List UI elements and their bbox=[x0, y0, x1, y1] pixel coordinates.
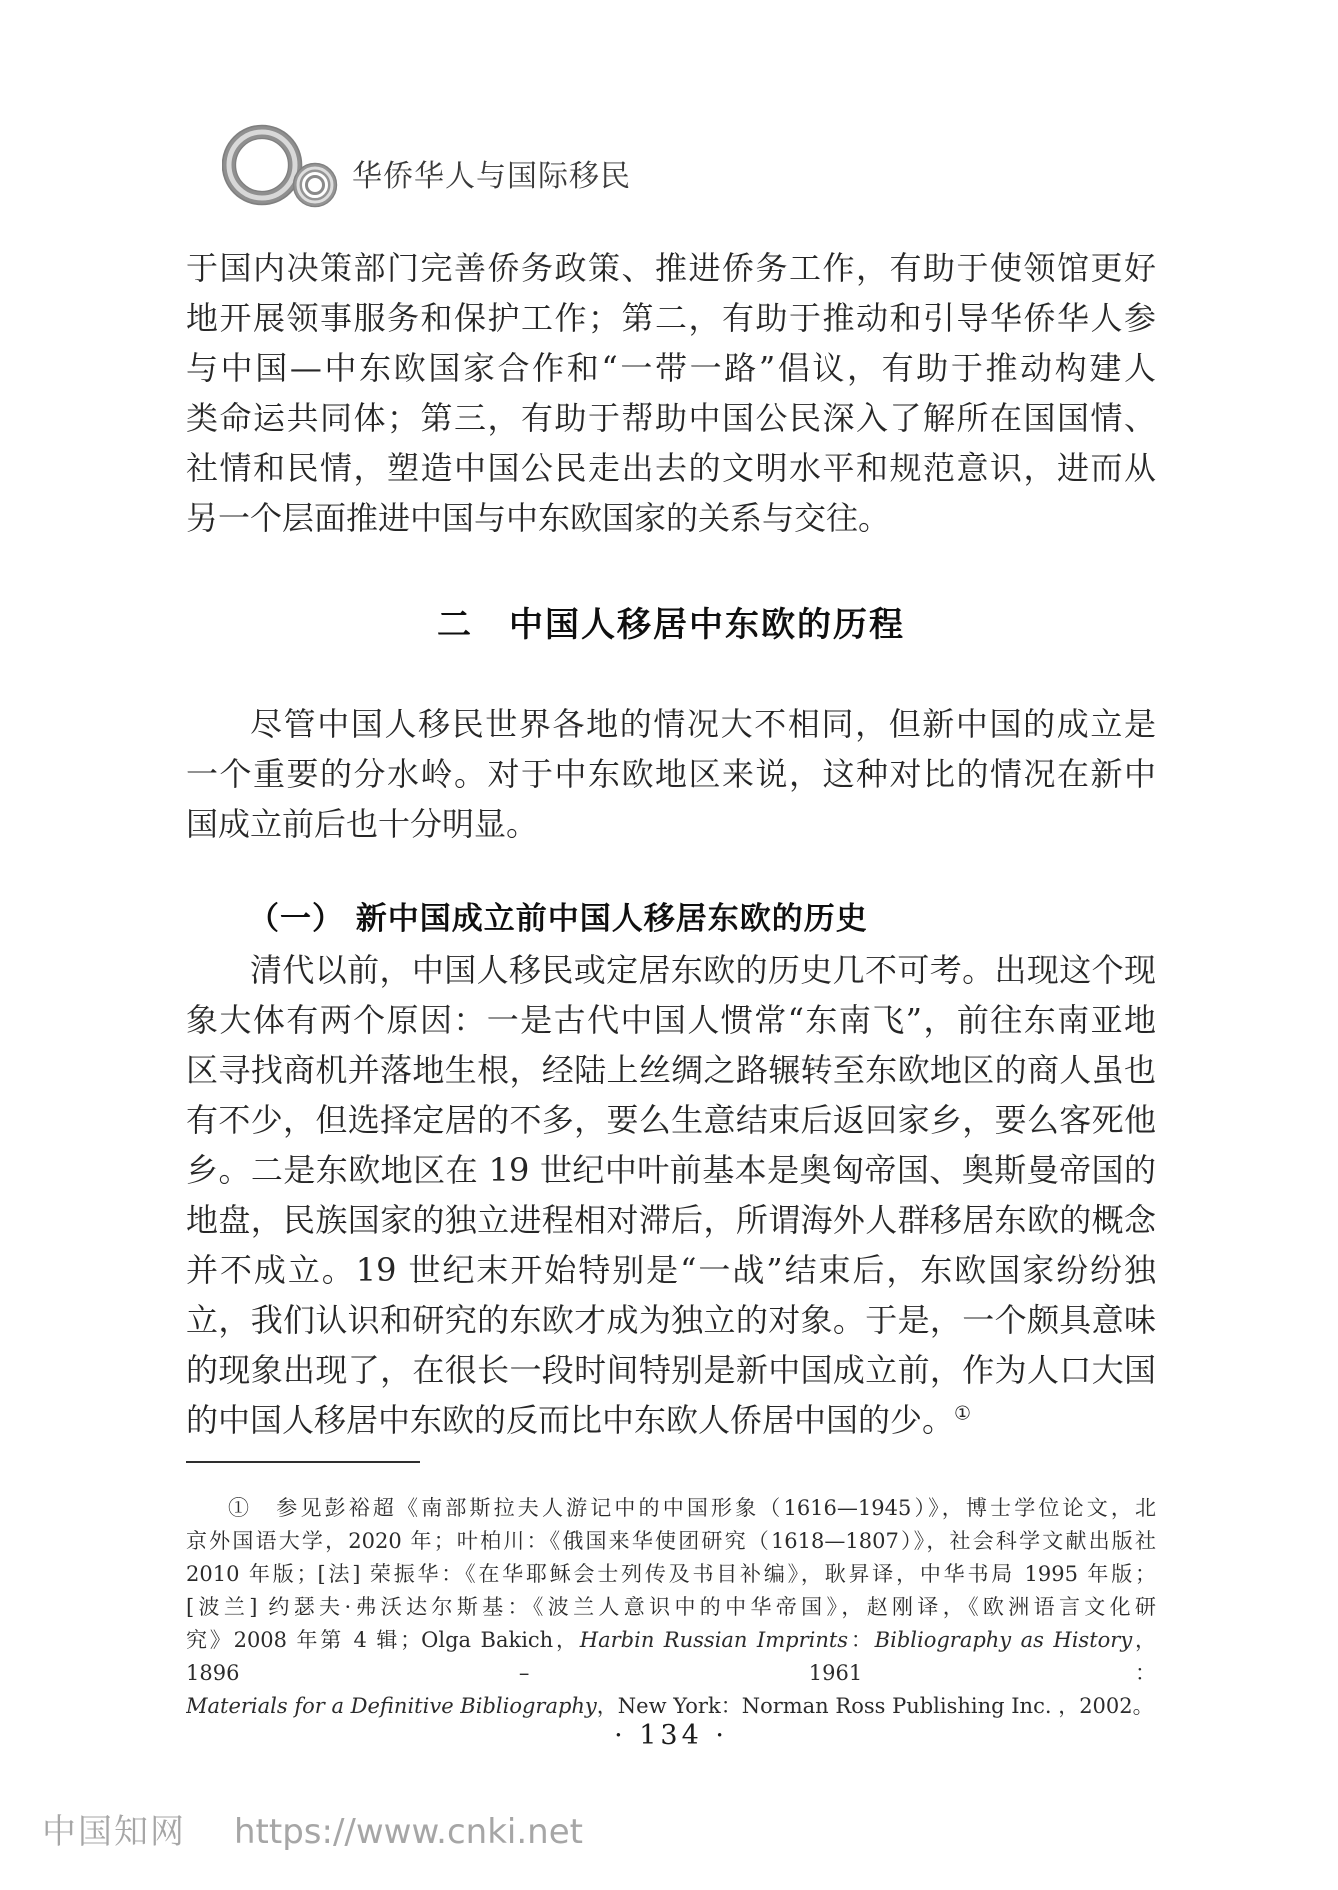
cnki-site-url: https://www.cnki.net bbox=[234, 1812, 583, 1852]
text-segment: 另一个层面推进中国与中东欧国家的关系与交往。 bbox=[186, 499, 890, 537]
text-line: 并不成立。19 世纪末开始特别是“一战”结束后，东欧国家纷纷独 bbox=[186, 1245, 1156, 1295]
text-segment: 于国内决策部门完善侨务政策、推进侨务工作，有助于使领馆更好 bbox=[186, 249, 1156, 287]
text-line: 国成立前后也十分明显。 bbox=[186, 799, 1156, 849]
text-line: 象大体有两个原因：一是古代中国人惯常“东南飞”，前往东南亚地 bbox=[186, 995, 1156, 1045]
text-segment: 并不成立。19 世纪末开始特别是“一战”结束后，东欧国家纷纷独 bbox=[186, 1251, 1156, 1289]
text-segment: 的中国人移居中东欧的反而比中东欧人侨居中国的少。 bbox=[186, 1401, 954, 1439]
text-line: 立，我们认识和研究的东欧才成为独立的对象。于是，一个颇具意味 bbox=[186, 1295, 1156, 1345]
text-segment: 尽管中国人移民世界各地的情况大不相同，但新中国的成立是 bbox=[250, 705, 1156, 743]
page-number: · 134 · bbox=[186, 1720, 1156, 1751]
footnote-separator-rule bbox=[186, 1461, 420, 1463]
text-segment: 类命运共同体；第三，有助于帮助中国公民深入了解所在国国情、 bbox=[186, 399, 1156, 437]
paragraph-continuation: 于国内决策部门完善侨务政策、推进侨务工作，有助于使领馆更好地开展领事服务和保护工… bbox=[186, 243, 1156, 543]
italic-text-segment: Harbin Russian Imprints bbox=[580, 1628, 848, 1652]
subsection-heading: （一） 新中国成立前中国人移居东欧的历史 bbox=[186, 893, 1156, 938]
text-line: 究》2008 年第 4 辑；Olga Bakich，Harbin Russian… bbox=[186, 1624, 1156, 1690]
text-line: 一个重要的分水岭。对于中东欧地区来说，这种对比的情况在新中 bbox=[186, 749, 1156, 799]
text-line: ① 参见彭裕超《南部斯拉夫人游记中的中国形象（1616—1945）》，博士学位论… bbox=[186, 1492, 1156, 1525]
text-line: 地开展领事服务和保护工作；第二，有助于推动和引导华侨华人参 bbox=[186, 293, 1156, 343]
text-segment: 京外国语大学，2020 年；叶柏川：《俄国来华使团研究（1618—1807）》，… bbox=[186, 1529, 1156, 1553]
text-segment: 与中国—中东欧国家合作和“一带一路”倡议，有助于推动构建人 bbox=[186, 349, 1156, 387]
text-segment: 一个重要的分水岭。对于中东欧地区来说，这种对比的情况在新中 bbox=[186, 755, 1156, 793]
italic-text-segment: Materials for a Definitive Bibliography bbox=[186, 1694, 597, 1718]
paragraph-history: 清代以前，中国人移民或定居东欧的历史几不可考。出现这个现象大体有两个原因：一是古… bbox=[186, 945, 1156, 1445]
text-line: Materials for a Definitive Bibliography，… bbox=[186, 1690, 1156, 1723]
text-column: 于国内决策部门完善侨务政策、推进侨务工作，有助于使领馆更好地开展领事服务和保护工… bbox=[186, 0, 1156, 1890]
text-segment: 立，我们认识和研究的东欧才成为独立的对象。于是，一个颇具意味 bbox=[186, 1301, 1156, 1339]
text-segment: 清代以前，中国人移民或定居东欧的历史几不可考。出现这个现 bbox=[250, 951, 1156, 989]
text-line: 乡。二是东欧地区在 19 世纪中叶前基本是奥匈帝国、奥斯曼帝国的 bbox=[186, 1145, 1156, 1195]
text-segment: ，New York：Norman Ross Publishing Inc. ，2… bbox=[597, 1694, 1154, 1718]
text-line: 类命运共同体；第三，有助于帮助中国公民深入了解所在国国情、 bbox=[186, 393, 1156, 443]
text-line: 有不少，但选择定居的不多，要么生意结束后返回家乡，要么客死他 bbox=[186, 1095, 1156, 1145]
text-segment: 的现象出现了，在很长一段时间特别是新中国成立前，作为人口大国 bbox=[186, 1351, 1156, 1389]
text-line: 于国内决策部门完善侨务政策、推进侨务工作，有助于使领馆更好 bbox=[186, 243, 1156, 293]
document-page: 华侨华人与国际移民 于国内决策部门完善侨务政策、推进侨务工作，有助于使领馆更好地… bbox=[0, 0, 1338, 1890]
cnki-watermark: 中国知网 https://www.cnki.net bbox=[42, 1804, 583, 1853]
text-segment: 地盘，民族国家的独立进程相对滞后，所谓海外人群移居东欧的概念 bbox=[186, 1201, 1156, 1239]
text-segment: 区寻找商机并落地生根，经陆上丝绸之路辗转至东欧地区的商人虽也 bbox=[186, 1051, 1156, 1089]
text-segment: 有不少，但选择定居的不多，要么生意结束后返回家乡，要么客死他 bbox=[186, 1101, 1156, 1139]
section-heading: 二 中国人移居中东欧的历程 bbox=[186, 597, 1156, 646]
text-segment: 国成立前后也十分明显。 bbox=[186, 805, 538, 843]
text-line: [波兰] 约瑟夫·弗沃达尔斯基：《波兰人意识中的中华帝国》，赵刚译，《欧洲语言文… bbox=[186, 1591, 1156, 1624]
text-line: 清代以前，中国人移民或定居东欧的历史几不可考。出现这个现 bbox=[186, 945, 1156, 995]
text-line: 社情和民情，塑造中国公民走出去的文明水平和规范意识，进而从 bbox=[186, 443, 1156, 493]
text-line: 的中国人移居中东欧的反而比中东欧人侨居中国的少。① bbox=[186, 1395, 1156, 1445]
text-segment: 究》2008 年第 4 辑；Olga Bakich， bbox=[186, 1628, 580, 1652]
paragraph-intro: 尽管中国人移民世界各地的情况大不相同，但新中国的成立是一个重要的分水岭。对于中东… bbox=[186, 699, 1156, 849]
text-line: 另一个层面推进中国与中东欧国家的关系与交往。 bbox=[186, 493, 1156, 543]
text-line: 尽管中国人移民世界各地的情况大不相同，但新中国的成立是 bbox=[186, 699, 1156, 749]
text-line: 与中国—中东欧国家合作和“一带一路”倡议，有助于推动构建人 bbox=[186, 343, 1156, 393]
text-segment: ① 参见彭裕超《南部斯拉夫人游记中的中国形象（1616—1945）》，博士学位论… bbox=[228, 1496, 1156, 1520]
text-segment: 2010 年版；[法] 荣振华：《在华耶稣会士列传及书目补编》，耿昇译，中华书局… bbox=[186, 1562, 1156, 1586]
cnki-site-name: 中国知网 bbox=[42, 1804, 186, 1853]
text-line: 2010 年版；[法] 荣振华：《在华耶稣会士列传及书目补编》，耿昇译，中华书局… bbox=[186, 1558, 1156, 1591]
text-segment: [波兰] 约瑟夫·弗沃达尔斯基：《波兰人意识中的中华帝国》，赵刚译，《欧洲语言文… bbox=[186, 1595, 1156, 1619]
text-segment: 象大体有两个原因：一是古代中国人惯常“东南飞”，前往东南亚地 bbox=[186, 1001, 1156, 1039]
text-line: 京外国语大学，2020 年；叶柏川：《俄国来华使团研究（1618—1807）》，… bbox=[186, 1525, 1156, 1558]
text-segment: ： bbox=[848, 1628, 875, 1652]
footnote-ref-marker: ① bbox=[954, 1401, 971, 1424]
text-segment: 地开展领事服务和保护工作；第二，有助于推动和引导华侨华人参 bbox=[186, 299, 1156, 337]
text-line: 地盘，民族国家的独立进程相对滞后，所谓海外人群移居东欧的概念 bbox=[186, 1195, 1156, 1245]
text-segment: 乡。二是东欧地区在 19 世纪中叶前基本是奥匈帝国、奥斯曼帝国的 bbox=[186, 1151, 1156, 1189]
italic-text-segment: Bibliography as History bbox=[875, 1628, 1133, 1652]
text-line: 区寻找商机并落地生根，经陆上丝绸之路辗转至东欧地区的商人虽也 bbox=[186, 1045, 1156, 1095]
text-segment: 社情和民情，塑造中国公民走出去的文明水平和规范意识，进而从 bbox=[186, 449, 1156, 487]
footnote-block: ① 参见彭裕超《南部斯拉夫人游记中的中国形象（1616—1945）》，博士学位论… bbox=[186, 1492, 1156, 1723]
text-line: 的现象出现了，在很长一段时间特别是新中国成立前，作为人口大国 bbox=[186, 1345, 1156, 1395]
